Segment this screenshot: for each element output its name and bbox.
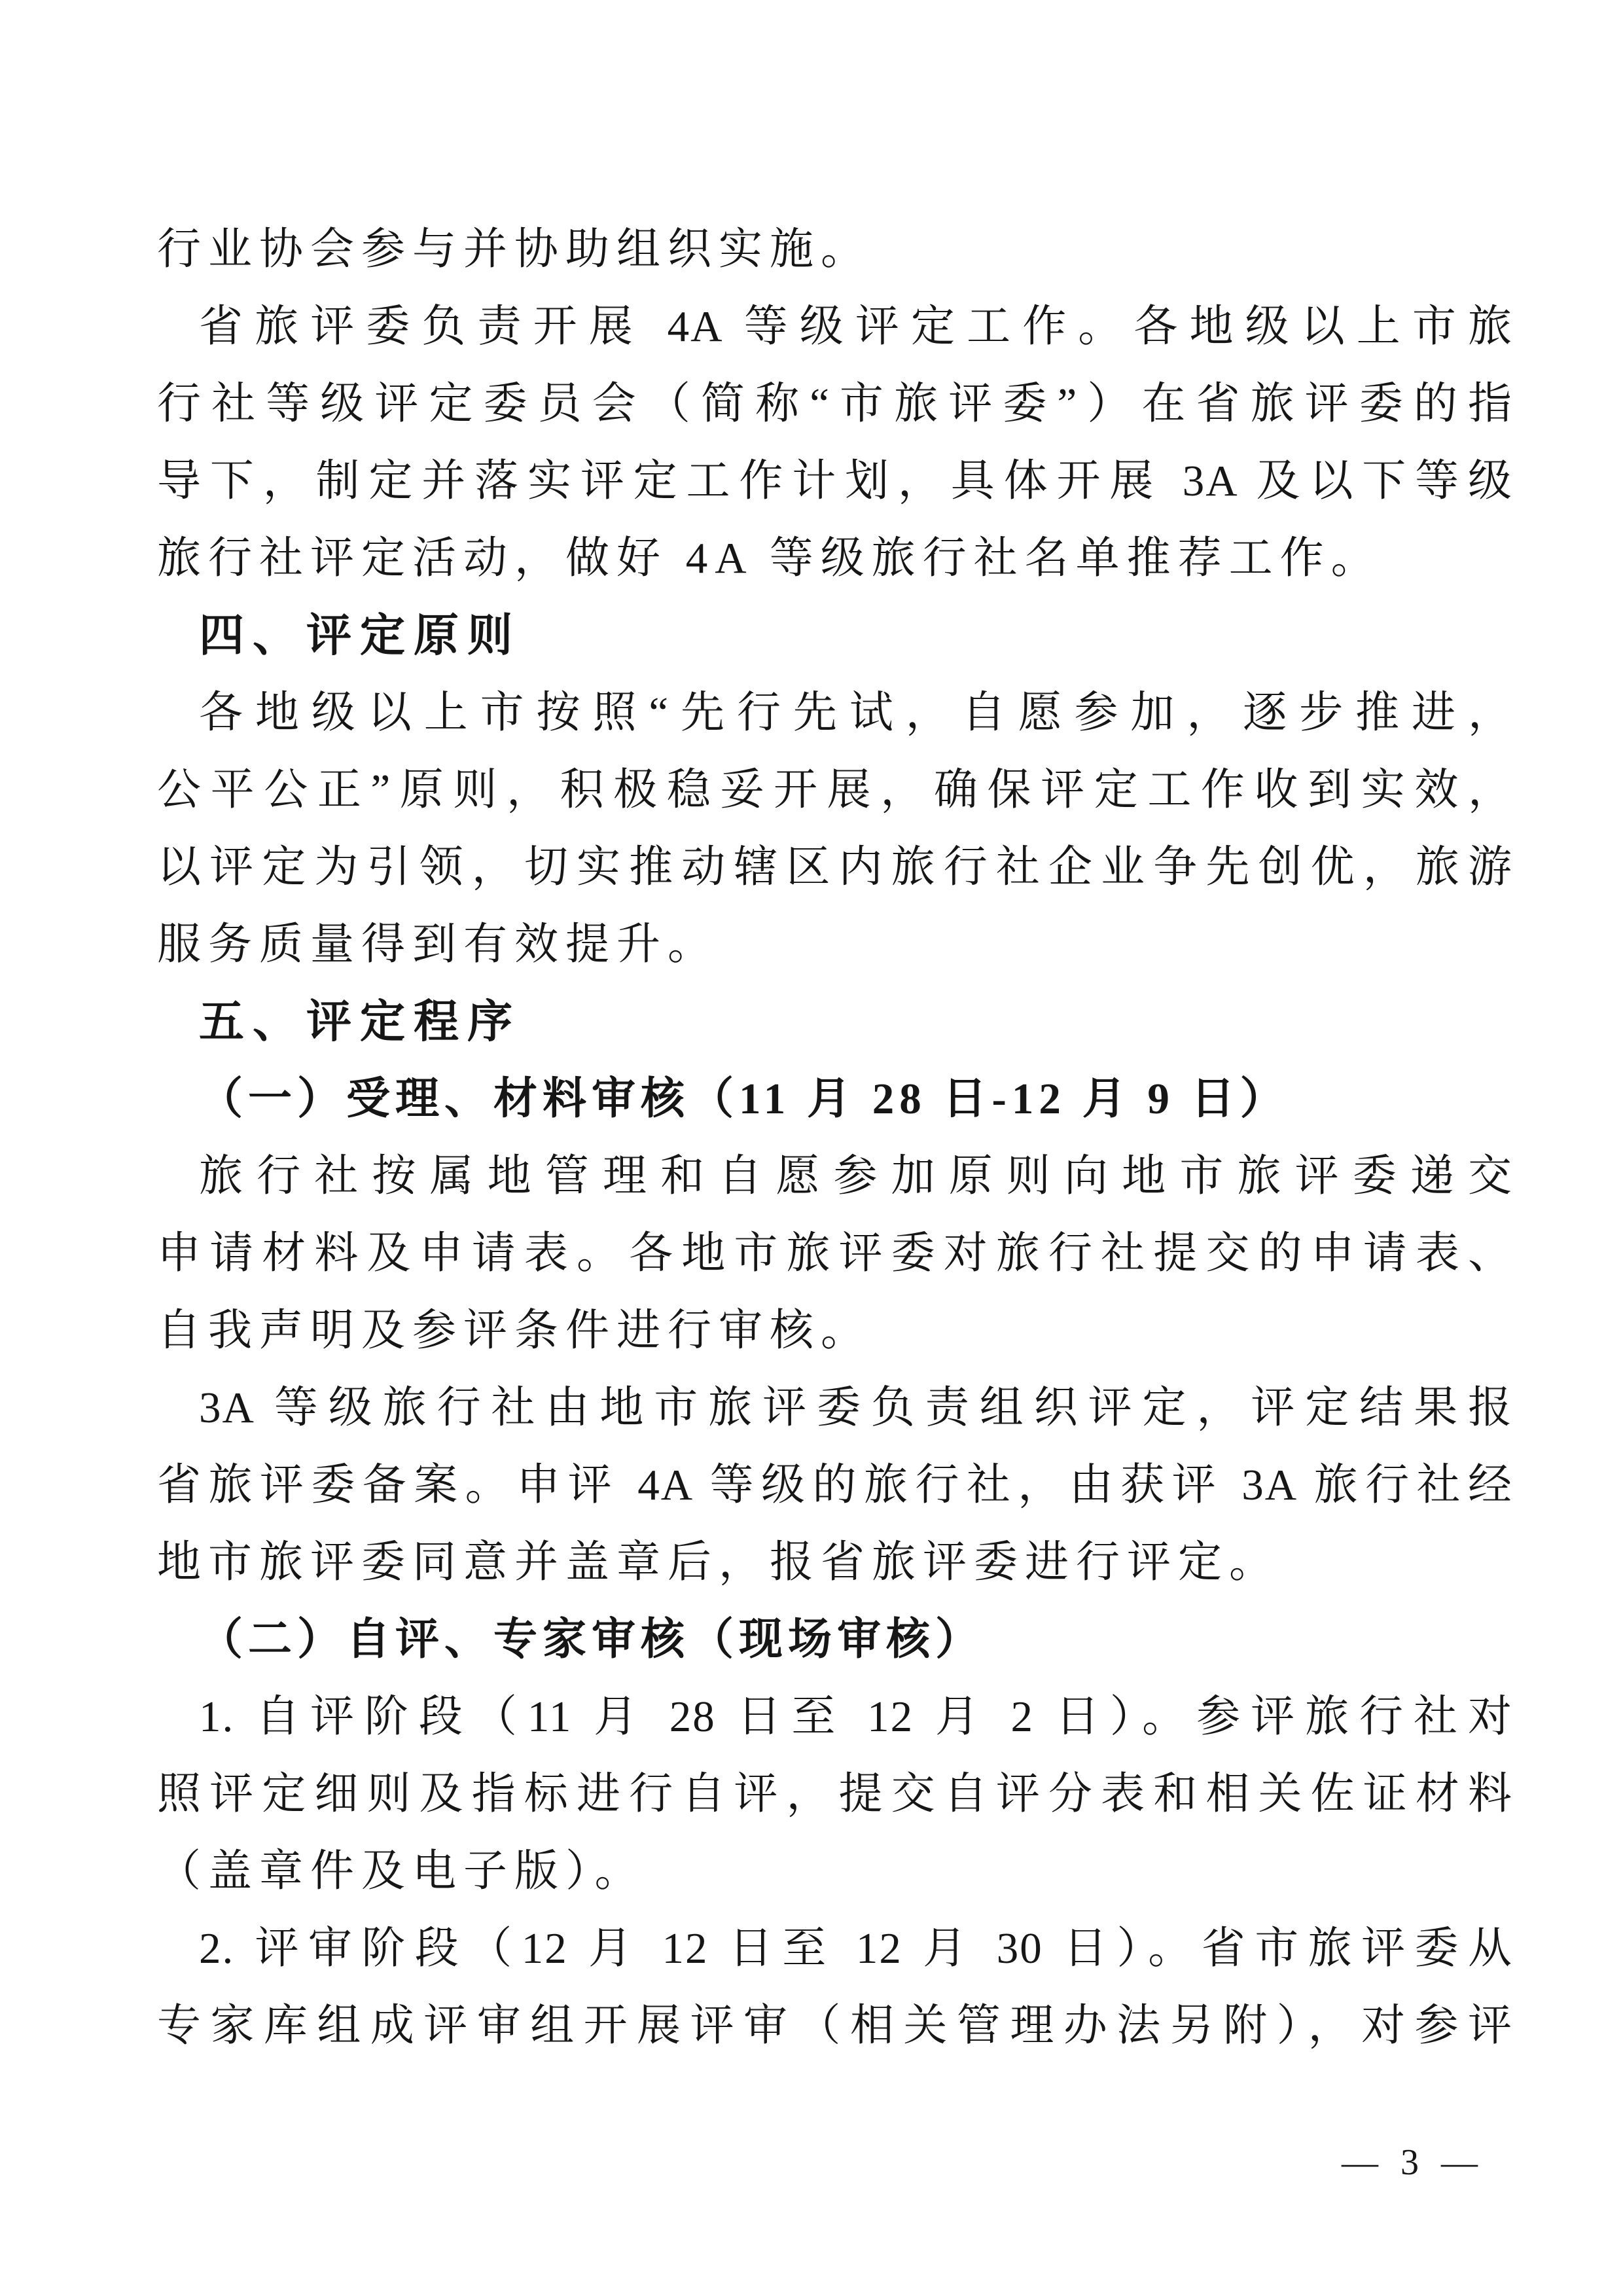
text-line-18: 地市旅评委同意并盖章后，报省旅评委进行评定。 bbox=[157, 1524, 1513, 1601]
text-line-20: 1. 自评阶段（11 月 28 日至 12 月 2 日）。参评旅行社对 bbox=[157, 1678, 1513, 1755]
text-line-2: 省旅评委负责开展 4A 等级评定工作。各地级以上市旅 bbox=[157, 288, 1513, 365]
text-line-9: 以评定为引领，切实推动辖区内旅行社企业争先创优，旅游 bbox=[157, 829, 1513, 906]
text-line-16: 3A 等级旅行社由地市旅评委负责组织评定，评定结果报 bbox=[157, 1369, 1513, 1446]
text-line-13: 旅行社按属地管理和自愿参加原则向地市旅评委递交 bbox=[157, 1138, 1513, 1215]
text-line-17: 省旅评委备案。申评 4A 等级的旅行社，由获评 3A 旅行社经 bbox=[157, 1446, 1513, 1524]
text-line-14: 申请材料及申请表。各地市旅评委对旅行社提交的申请表、 bbox=[157, 1215, 1513, 1292]
text-line-4: 导下，制定并落实评定工作计划，具体开展 3A 及以下等级 bbox=[157, 442, 1513, 520]
text-line-21: 照评定细则及指标进行自评，提交自评分表和相关佐证材料 bbox=[157, 1755, 1513, 1833]
text-line-12: （一）受理、材料审核（11 月 28 日-12 月 9 日） bbox=[157, 1060, 1513, 1138]
text-line-11: 五、评定程序 bbox=[157, 983, 1513, 1060]
text-line-3: 行社等级评定委员会（简称“市旅评委”）在省旅评委的指 bbox=[157, 365, 1513, 442]
text-line-5: 旅行社评定活动，做好 4A 等级旅行社名单推荐工作。 bbox=[157, 520, 1513, 597]
text-line-1: 行业协会参与并协助组织实施。 bbox=[157, 211, 1513, 288]
text-line-23: 2. 评审阶段（12 月 12 日至 12 月 30 日）。省市旅评委从 bbox=[157, 1910, 1513, 1987]
text-line-22: （盖章件及电子版）。 bbox=[157, 1833, 1513, 1910]
page-number: — 3 — bbox=[1342, 2142, 1484, 2183]
text-line-15: 自我声明及参评条件进行审核。 bbox=[157, 1292, 1513, 1369]
text-line-7: 各地级以上市按照“先行先试，自愿参加，逐步推进， bbox=[157, 674, 1513, 751]
text-line-8: 公平公正”原则，积极稳妥开展，确保评定工作收到实效， bbox=[157, 751, 1513, 829]
scanned-document-page: 行业协会参与并协助组织实施。省旅评委负责开展 4A 等级评定工作。各地级以上市旅… bbox=[0, 0, 1623, 2296]
document-body: 行业协会参与并协助组织实施。省旅评委负责开展 4A 等级评定工作。各地级以上市旅… bbox=[157, 211, 1513, 2064]
text-line-10: 服务质量得到有效提升。 bbox=[157, 906, 1513, 983]
text-line-6: 四、评定原则 bbox=[157, 597, 1513, 674]
text-line-24: 专家库组成评审组开展评审（相关管理办法另附），对参评 bbox=[157, 1987, 1513, 2064]
text-line-19: （二）自评、专家审核（现场审核） bbox=[157, 1601, 1513, 1678]
